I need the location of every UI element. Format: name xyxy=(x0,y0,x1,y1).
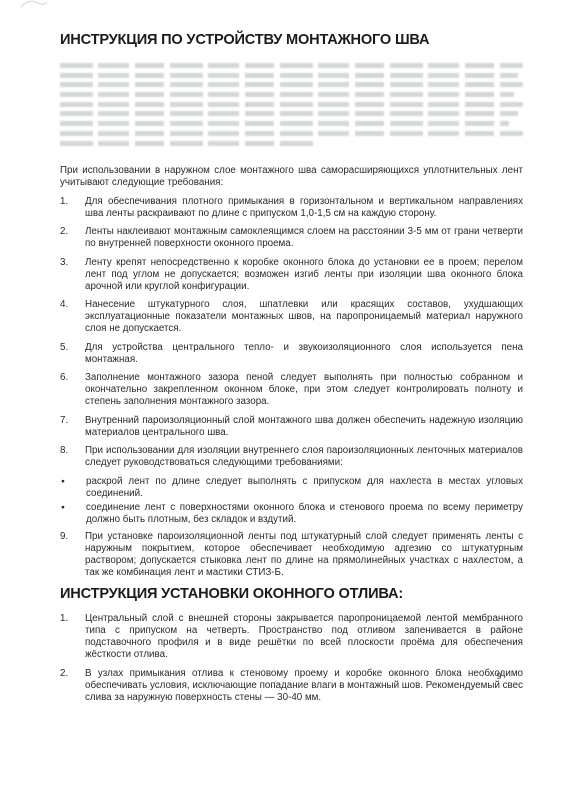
document-page: ИНСТРУКЦИЯ ПО УСТРОЙСТВУ МОНТАЖНОГО ШВА … xyxy=(0,0,583,800)
section1-title: ИНСТРУКЦИЯ ПО УСТРОЙСТВУ МОНТАЖНОГО ШВА xyxy=(60,32,523,48)
item-text: При использовании для изоляции внутренне… xyxy=(85,445,523,469)
page-number: 9 xyxy=(492,671,506,681)
item-number: 3. xyxy=(60,257,85,269)
item-text: При установке пароизоляционной ленты под… xyxy=(85,531,523,579)
list-item: 3. Ленту крепят непосредственно к коробк… xyxy=(60,257,523,293)
item-number: 8. xyxy=(60,445,85,457)
requirements-list: 1. Для обеспечивания плотного примыкания… xyxy=(60,196,523,470)
list-item: 7. Внутренний пароизоляционный слой монт… xyxy=(60,415,523,439)
item-text: Центральный слой с внешней стороны закры… xyxy=(85,613,523,661)
list-item: 1. Для обеспечивания плотного примыкания… xyxy=(60,196,523,220)
list-item: ● раскрой лент по длине следует выполнят… xyxy=(60,476,523,500)
otliv-list: 1. Центральный слой с внешней стороны за… xyxy=(60,613,523,704)
item-number: 5. xyxy=(60,342,85,354)
item-number: 1. xyxy=(60,613,85,625)
faded-line xyxy=(60,63,523,68)
section2-title: ИНСТРУКЦИЯ УСТАНОВКИ ОКОННОГО ОТЛИВА: xyxy=(60,586,523,602)
item-number: 2. xyxy=(60,226,85,238)
faded-paragraph xyxy=(60,63,523,146)
item-text: Ленту крепят непосредственно к коробке о… xyxy=(85,257,523,293)
item-number: 2. xyxy=(60,668,85,680)
item-number: 6. xyxy=(60,372,85,384)
faded-line xyxy=(60,92,514,97)
faded-line xyxy=(60,82,523,87)
item-text: Для устройства центрального тепло- и зву… xyxy=(85,342,523,366)
scan-artifact xyxy=(20,0,48,9)
item-number: 9. xyxy=(60,531,85,543)
faded-line xyxy=(60,141,315,146)
faded-line xyxy=(60,121,509,126)
list-item: 1. Центральный слой с внешней стороны за… xyxy=(60,613,523,661)
list-item: 2. Ленты наклеивают монтажным самоклеящи… xyxy=(60,226,523,250)
list-item: 9. При установке пароизоляционной ленты … xyxy=(60,531,523,579)
item-text: соединение лент с поверхностями оконного… xyxy=(86,502,523,526)
list-item: ● соединение лент с поверхностями оконно… xyxy=(60,502,523,526)
faded-line xyxy=(60,102,523,107)
item-text: Нанесение штукатурного слоя, шпатлевки и… xyxy=(85,299,523,335)
intro-paragraph: При использовании в наружном слое монтаж… xyxy=(60,165,523,189)
item-text: Для обеспечивания плотного примыкания в … xyxy=(85,196,523,220)
item-text: Внутренний пароизоляционный слой монтажн… xyxy=(85,415,523,439)
faded-line xyxy=(60,131,523,136)
item-text: раскрой лент по длине следует выполнять … xyxy=(86,476,523,500)
list-item: 8. При использовании для изоляции внутре… xyxy=(60,445,523,469)
list-item: 2. В узлах примыкания отлива к стеновому… xyxy=(60,668,523,704)
bullet-icon: ● xyxy=(60,502,86,514)
list-item: 6. Заполнение монтажного зазора пеной сл… xyxy=(60,372,523,408)
item-text: В узлах примыкания отлива к стеновому пр… xyxy=(85,668,523,704)
faded-line xyxy=(60,73,518,78)
item-text: Заполнение монтажного зазора пеной следу… xyxy=(85,372,523,408)
faded-line xyxy=(60,111,518,116)
requirements-list-continued: 9. При установке пароизоляционной ленты … xyxy=(60,531,523,579)
bullet-list: ● раскрой лент по длине следует выполнят… xyxy=(60,476,523,527)
bullet-icon: ● xyxy=(60,476,86,488)
item-number: 1. xyxy=(60,196,85,208)
list-item: 5. Для устройства центрального тепло- и … xyxy=(60,342,523,366)
list-item: 4. Нанесение штукатурного слоя, шпатлевк… xyxy=(60,299,523,335)
item-text: Ленты наклеивают монтажным самоклеящимся… xyxy=(85,226,523,250)
item-number: 7. xyxy=(60,415,85,427)
item-number: 4. xyxy=(60,299,85,311)
